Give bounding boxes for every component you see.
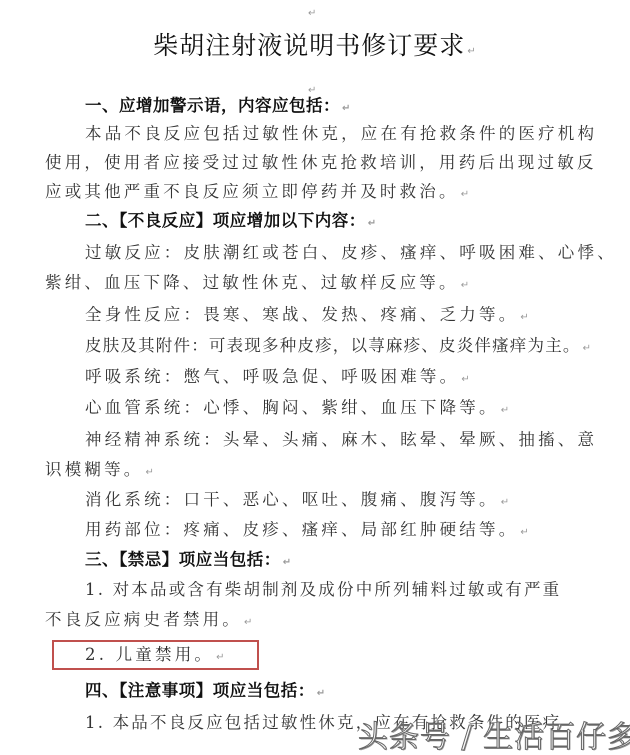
- text-line: 用药部位：疼痛、皮疹、瘙痒、局部红肿硬结等。↵: [85, 520, 625, 543]
- document-title: 柴胡注射液说明书修订要求↵: [0, 26, 630, 62]
- text-line: 过敏反应：皮肤潮红或苍白、皮疹、瘙痒、呼吸困难、心悸、: [85, 243, 625, 263]
- text-line: 1. 对本品或含有柴胡制剂及成份中所列辅料过敏或有严重: [85, 580, 625, 600]
- paragraph-mark: ↵: [308, 85, 316, 96]
- text-line: 消化系统：口干、恶心、呕吐、腹痛、腹泻等。↵: [85, 490, 625, 513]
- text-line: 神经精神系统：头晕、头痛、麻木、眩晕、晕厥、抽搐、意: [85, 430, 625, 450]
- text-line: 全身性反应：畏寒、寒战、发热、疼痛、乏力等。↵: [85, 305, 625, 328]
- highlight-box: [52, 640, 259, 670]
- text-line: 呼吸系统：憋气、呼吸急促、呼吸困难等。↵: [85, 367, 625, 390]
- text-line: 心血管系统：心悸、胸闷、紫绀、血压下降等。↵: [85, 398, 625, 421]
- text-line: 使用，使用者应接受过过敏性休克抢救培训，用药后出现过敏反: [45, 153, 585, 173]
- section-heading-2: 二、【不良反应】项应增加以下内容：↵: [85, 211, 625, 234]
- watermark: 头条号 / 生活百仔多: [358, 712, 630, 755]
- text-line: 识模糊等。↵: [45, 460, 585, 483]
- paragraph-mark: ↵: [308, 8, 316, 19]
- text-line: 紫绀、血压下降、过敏性休克、过敏样反应等。↵: [45, 273, 585, 296]
- text-line: 不良反应病史者禁用。↵: [45, 610, 585, 633]
- section-heading-4: 四、【注意事项】项应当包括：↵: [85, 681, 625, 704]
- text-line: 皮肤及其附件：可表现多种皮疹，以荨麻疹、皮炎伴瘙痒为主。↵: [85, 336, 625, 359]
- text-line: 应或其他严重不良反应须立即停药并及时救治。↵: [45, 182, 585, 205]
- section-heading-1: 一、应增加警示语，内容应包括：↵: [85, 96, 625, 119]
- section-heading-3: 三、【禁忌】项应当包括：↵: [85, 550, 625, 573]
- text-line: 本品不良反应包括过敏性休克，应在有抢救条件的医疗机构: [85, 124, 625, 144]
- document-page: ↵ 柴胡注射液说明书修订要求↵ ↵ 一、应增加警示语，内容应包括：↵ 本品不良反…: [0, 0, 630, 755]
